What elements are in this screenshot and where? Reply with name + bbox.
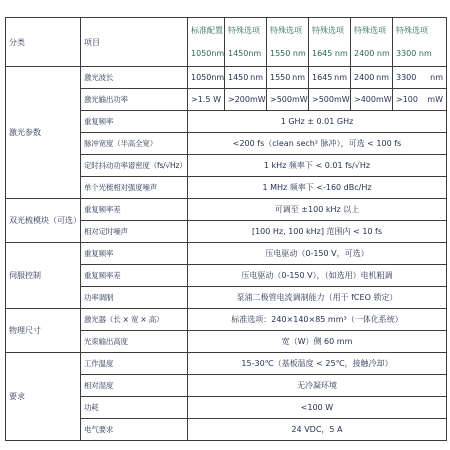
item-cell: 单个光梳相对强度噪声 <box>81 177 188 199</box>
option-value-cell: >500mW <box>309 89 351 111</box>
option-wavelength-label: 1550 nm <box>270 49 305 59</box>
option-wavelength-label: 3300 nm <box>396 49 443 59</box>
header-category: 分类 <box>6 18 81 67</box>
category-cell-0: 激光参数 <box>6 67 81 199</box>
unit-text: nm <box>430 73 443 82</box>
value-text: >400 <box>354 95 376 104</box>
option-type-label: 特殊选项 <box>396 26 443 36</box>
header-option-2: 特殊选项1550 nm <box>267 18 309 67</box>
value-text: 1050 <box>191 73 211 82</box>
item-cell: 脉冲宽度（半高全宽） <box>81 133 188 155</box>
laser-spec-table: 分类 项目 标准配置1050nm特殊选项1450nm特殊选项1550 nm特殊选… <box>5 17 447 441</box>
merged-value-cell: 泵浦二极管电流调制能力（用于 fCEO 锁定） <box>188 287 447 309</box>
option-value-cell: >400mW <box>351 89 393 111</box>
laser-spec-sheet: 分类 项目 标准配置1050nm特殊选项1450nm特殊选项1550 nm特殊选… <box>5 17 447 441</box>
merged-value-cell: 1 MHz 频率下 <-160 dBc/Hz <box>188 177 447 199</box>
unit-text: nm <box>376 73 389 82</box>
category-cell-1: 双光梳模块（可选） <box>6 199 81 243</box>
header-option-1: 特殊选项1450nm <box>225 18 267 67</box>
option-wavelength-label: 1450nm <box>228 49 263 59</box>
option-value-cell: 1550nm <box>267 67 309 89</box>
option-type-label: 标准配置 <box>191 26 221 36</box>
spec-row: 伺服控制重复频率压电驱动（0-150 V，可选） <box>6 243 447 265</box>
merged-value-cell: 可调至 ±100 kHz 以上 <box>188 199 447 221</box>
item-cell: 光束输出高度 <box>81 331 188 353</box>
unit-text: mW <box>250 95 266 104</box>
option-wavelength-label: 2400 nm <box>354 49 389 59</box>
category-cell-3: 物理尺寸 <box>6 309 81 353</box>
item-cell: 重复频率 <box>81 111 188 133</box>
value-text: 2400 <box>354 73 374 82</box>
item-cell: 激光输出功率 <box>81 89 188 111</box>
merged-value-cell: 宽（W）侧 60 mm <box>188 331 447 353</box>
merged-value-cell: 24 VDC，5 A <box>188 419 447 441</box>
item-cell: 激光波长 <box>81 67 188 89</box>
item-cell: 激光器（长 × 宽 × 高） <box>81 309 188 331</box>
spec-row: 双光梳模块（可选）重复频率差可调至 ±100 kHz 以上 <box>6 199 447 221</box>
value-text: 1550 <box>270 73 290 82</box>
option-wavelength-label: 1645 nm <box>312 49 347 59</box>
spec-row: 激光参数激光波长1050nm1450nm1550nm1645nm2400nm33… <box>6 67 447 89</box>
item-cell: 功耗 <box>81 397 188 419</box>
option-value-cell: 1450nm <box>225 67 267 89</box>
header-option-3: 特殊选项1645 nm <box>309 18 351 67</box>
header-option-0: 标准配置1050nm <box>188 18 225 67</box>
unit-text: mW <box>376 95 392 104</box>
category-cell-2: 伺服控制 <box>6 243 81 309</box>
value-text: >100 <box>396 95 418 104</box>
option-type-label: 特殊选项 <box>270 26 305 36</box>
header-option-5: 特殊选项3300 nm <box>393 18 447 67</box>
merged-value-cell: <200 fs（clean sech² 脉冲），可选 < 100 fs <box>188 133 447 155</box>
option-value-cell: >500mW <box>267 89 309 111</box>
unit-text: nm <box>334 73 347 82</box>
option-value-cell: 2400nm <box>351 67 393 89</box>
option-type-label: 特殊选项 <box>228 26 263 36</box>
value-text: >500 <box>312 95 334 104</box>
merged-value-cell: 1 GHz ± 0.01 GHz <box>188 111 447 133</box>
merged-value-cell: 标准选项：240×140×85 mm³（一体化系统） <box>188 309 447 331</box>
item-cell: 重复频率 <box>81 243 188 265</box>
value-text: >200 <box>228 95 250 104</box>
item-cell: 定时抖动功率谱密度（fs/√Hz） <box>81 155 188 177</box>
item-cell: 相对湿度 <box>81 375 188 397</box>
category-cell-4: 要求 <box>6 353 81 441</box>
item-cell: 重复频率差 <box>81 265 188 287</box>
option-value-cell: >100mW <box>393 89 447 111</box>
value-text: >1.5 <box>191 95 210 104</box>
unit-text: mW <box>427 95 443 104</box>
merged-value-cell: [100 Hz, 100 kHz] 范围内 < 10 fs <box>188 221 447 243</box>
merged-value-cell: 压电驱动（0-150 V），（如选用）电机粗调 <box>188 265 447 287</box>
value-text: 1450 <box>228 73 248 82</box>
spec-row: 物理尺寸激光器（长 × 宽 × 高）标准选项：240×140×85 mm³（一体… <box>6 309 447 331</box>
value-text: 1645 <box>312 73 332 82</box>
spec-table-body: 激光参数激光波长1050nm1450nm1550nm1645nm2400nm33… <box>6 67 447 441</box>
unit-text: mW <box>292 95 308 104</box>
spec-row: 要求工作温度15-30℃（基板温度 < 25℃，接触冷却） <box>6 353 447 375</box>
header-row: 分类 项目 标准配置1050nm特殊选项1450nm特殊选项1550 nm特殊选… <box>6 18 447 67</box>
option-value-cell: >1.5W <box>188 89 225 111</box>
item-cell: 相对定时噪声 <box>81 221 188 243</box>
item-cell: 功率调制 <box>81 287 188 309</box>
unit-text: W <box>213 95 221 104</box>
option-value-cell: >200mW <box>225 89 267 111</box>
value-text: 3300 <box>396 73 416 82</box>
item-cell: 电气要求 <box>81 419 188 441</box>
option-value-cell: 1050nm <box>188 67 225 89</box>
value-text: >500 <box>270 95 292 104</box>
merged-value-cell: 15-30℃（基板温度 < 25℃，接触冷却） <box>188 353 447 375</box>
merged-value-cell: 1 kHz 频率下 < 0.01 fs/√Hz <box>188 155 447 177</box>
option-value-cell: 1645nm <box>309 67 351 89</box>
header-item: 项目 <box>81 18 188 67</box>
unit-text: nm <box>250 73 263 82</box>
item-cell: 重复频率差 <box>81 199 188 221</box>
unit-text: nm <box>292 73 305 82</box>
merged-value-cell: <100 W <box>188 397 447 419</box>
option-value-cell: 3300nm <box>393 67 447 89</box>
option-type-label: 特殊选项 <box>312 26 347 36</box>
header-option-4: 特殊选项2400 nm <box>351 18 393 67</box>
unit-text: mW <box>334 95 350 104</box>
option-type-label: 特殊选项 <box>354 26 389 36</box>
merged-value-cell: 压电驱动（0-150 V，可选） <box>188 243 447 265</box>
merged-value-cell: 无冷凝环境 <box>188 375 447 397</box>
unit-text: nm <box>211 73 224 82</box>
item-cell: 工作温度 <box>81 353 188 375</box>
option-wavelength-label: 1050nm <box>191 49 221 59</box>
